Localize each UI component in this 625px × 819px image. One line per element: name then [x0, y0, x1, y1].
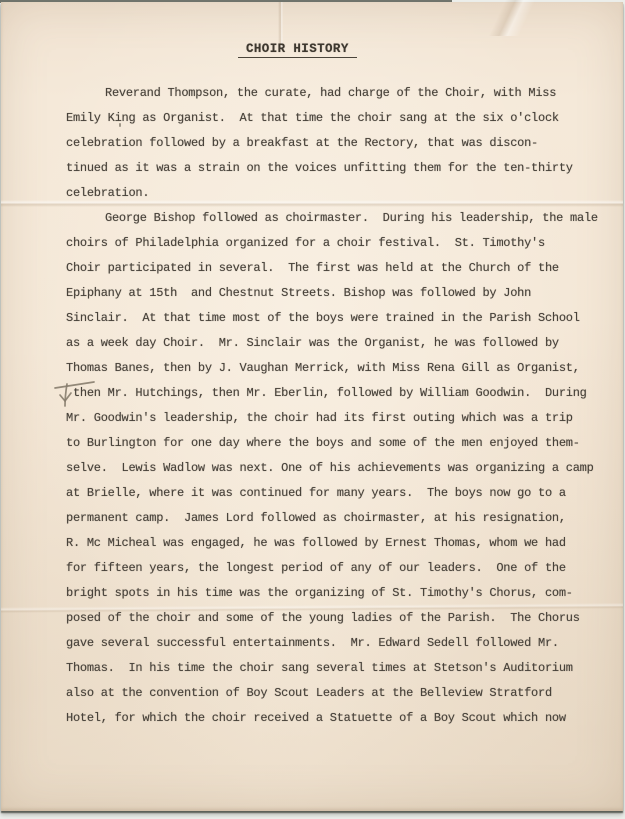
text-line: posed of the choir and some of the young…	[66, 606, 606, 631]
pencil-insertion-mark-icon	[52, 378, 98, 410]
text-line: as a week day Choir. Mr. Sinclair was th…	[66, 331, 606, 356]
text-line: then Mr. Hutchings, then Mr. Eberlin, fo…	[66, 381, 606, 406]
page-title-text: CHOIR HISTORY	[238, 42, 357, 58]
text-line: Thomas. In his time the choir sang sever…	[66, 656, 606, 681]
text-line: permanent camp. James Lord followed as c…	[66, 506, 606, 531]
text-line: selve. Lewis Wadlow was next. One of his…	[66, 456, 606, 481]
text-line: choirs of Philadelphia organized for a c…	[66, 231, 606, 256]
text-line: for fifteen years, the longest period of…	[66, 556, 606, 581]
text-line: bright spots in his time was the organiz…	[66, 581, 606, 606]
text-line: Reverand Thompson, the curate, had charg…	[66, 81, 606, 106]
text-line: Choir participated in several. The first…	[66, 256, 606, 281]
text-line: to Burlington for one day where the boys…	[66, 431, 606, 456]
text-line: Sinclair. At that time most of the boys …	[66, 306, 606, 331]
text-line: celebration followed by a breakfast at t…	[66, 131, 606, 156]
text-line: at Brielle, where it was continued for m…	[66, 481, 606, 506]
document-body: Reverand Thompson, the curate, had charg…	[66, 81, 606, 731]
fold-crease-corner	[433, 0, 583, 36]
page-title: CHOIR HISTORY	[238, 42, 357, 58]
text-line: gave several successful entertainments. …	[66, 631, 606, 656]
scanned-document: CHOIR HISTORY Reverand Thompson, the cur…	[0, 0, 625, 819]
text-line: Epiphany at 15th and Chestnut Streets. B…	[66, 281, 606, 306]
text-line: also at the convention of Boy Scout Lead…	[66, 681, 606, 706]
text-line: celebration.	[66, 181, 606, 206]
text-line: tinued as it was a strain on the voices …	[66, 156, 606, 181]
text-line: George Bishop followed as choirmaster. D…	[66, 206, 606, 231]
text-line: Mr. Goodwin's leadership, the choir had …	[66, 406, 606, 431]
text-line: Emily King as Organist. At that time the…	[66, 106, 606, 131]
document-page: CHOIR HISTORY Reverand Thompson, the cur…	[1, 2, 623, 811]
text-line: Hotel, for which the choir received a St…	[66, 706, 606, 731]
text-line: R. Mc Micheal was engaged, he was follow…	[66, 531, 606, 556]
text-line: Thomas Banes, then by J. Vaughan Merrick…	[66, 356, 606, 381]
